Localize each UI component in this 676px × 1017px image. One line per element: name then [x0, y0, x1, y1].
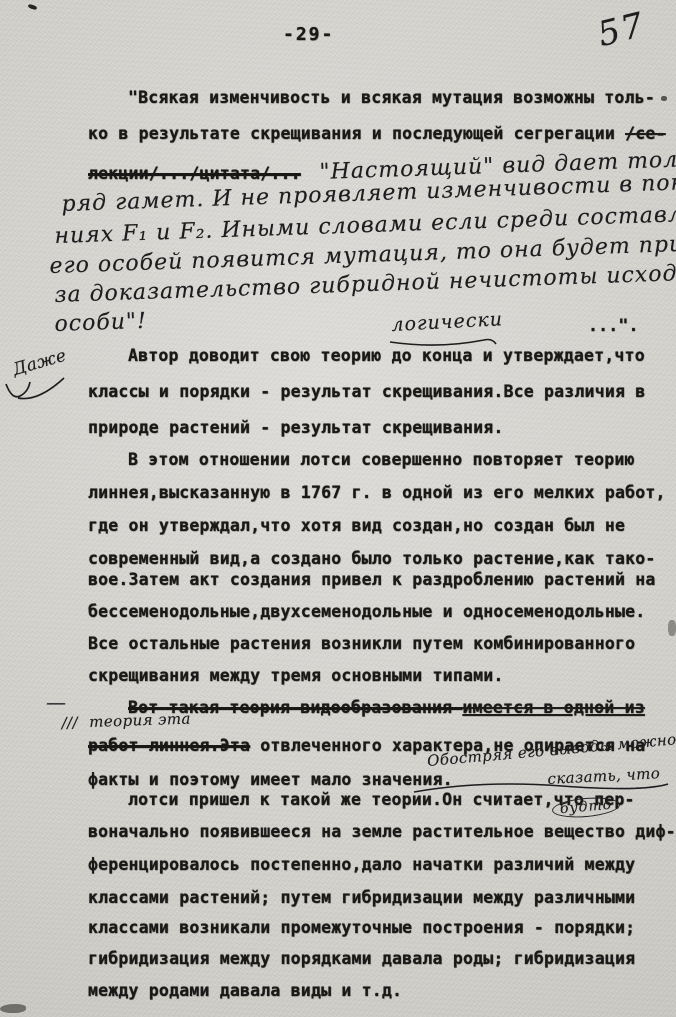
- paragraph5-line-3: ференцировалось постепенно,дало начатки …: [88, 855, 635, 874]
- paragraph3-line-4: современный вид,а создано было только ра…: [88, 549, 656, 568]
- insertion-annotation: /// теория эта: [61, 710, 191, 732]
- paragraph5-line-7: между родами давала виды и т.д.: [88, 981, 402, 1000]
- paragraph4-line-3: факты и поэтому имеет мало значения.: [88, 770, 453, 789]
- paragraph3-line-8: скрещивания между тремя основными типами…: [88, 666, 504, 685]
- paragraph2-line-3: природе растений - результат скрещивания…: [88, 418, 504, 437]
- paragraph4-struck-line-1: Вот такая теория видообразования имеется…: [128, 698, 645, 717]
- quote-closing-marks: ...".: [588, 316, 639, 335]
- circled-word-text: будто: [551, 795, 621, 820]
- paragraph5-line-4: классами растений; путем гибридизации ме…: [88, 888, 635, 907]
- archival-corner-number: 57: [594, 5, 650, 55]
- scan-artifact-speck: [661, 96, 667, 101]
- margin-dash: —: [46, 690, 67, 714]
- circled-word-budto: будто: [552, 798, 620, 817]
- quote-line-3-struck: лекции/.../цитата/...: [88, 164, 301, 183]
- scan-artifact-smudge: [0, 1004, 26, 1013]
- paragraph5-line-6: гибридизация между порядками давала роды…: [88, 949, 635, 968]
- paragraph2-line-2: классы и порядки - результат скрещивания…: [88, 382, 645, 401]
- scanned-document-page: -29- 57 "Всякая изменчивость и всякая му…: [0, 0, 676, 1017]
- scan-artifact-speck: [28, 4, 38, 11]
- paragraph3-line-6: бессеменодольные,двухсеменодольные и одн…: [88, 602, 645, 621]
- paragraph3-line-2: линнея,высказанную в 1767 г. в одной из …: [88, 483, 666, 502]
- paragraph4-struck-line-1b: имеется в одной из: [462, 698, 644, 717]
- paragraph5-line-2: воначально появившееся на земле растител…: [88, 822, 676, 841]
- handwritten-quote-line-6: особи"!: [54, 309, 147, 337]
- paragraph3-line-7: Все остальные растения возникли путем ко…: [88, 634, 635, 653]
- insertion-mark: ///: [61, 713, 78, 732]
- paragraph3-line-5: вое.Затем акт создания привел к раздробл…: [88, 570, 656, 589]
- paragraph5-line-5: классами возникали промежуточные построе…: [88, 918, 635, 937]
- quote-line-2-text: ко в результате скрещивания и последующе…: [88, 124, 625, 143]
- paragraph3-line-3: где он утверждал,что хотя вид создан,но …: [88, 516, 625, 535]
- handwritten-word-logically: логически: [391, 308, 504, 336]
- quote-line-2-struck: /се-: [625, 124, 666, 143]
- scan-artifact-edge-mark: [668, 620, 676, 636]
- margin-note-swoosh-flourish: [4, 374, 66, 404]
- paragraph2-line-1: Автор доводит свою теорию до конца и утв…: [128, 346, 645, 365]
- insertion-text: теория эта: [89, 710, 191, 732]
- page-number: -29-: [283, 24, 334, 45]
- quote-line-2: ко в результате скрещивания и последующе…: [88, 124, 666, 143]
- paragraph4-struck-line-2-start: работ линнея.Эта: [88, 736, 250, 755]
- quote-line-1: "Всякая изменчивость и всякая мутация во…: [128, 88, 655, 107]
- paragraph3-line-1: В этом отношении лотси совершенно повтор…: [128, 450, 635, 469]
